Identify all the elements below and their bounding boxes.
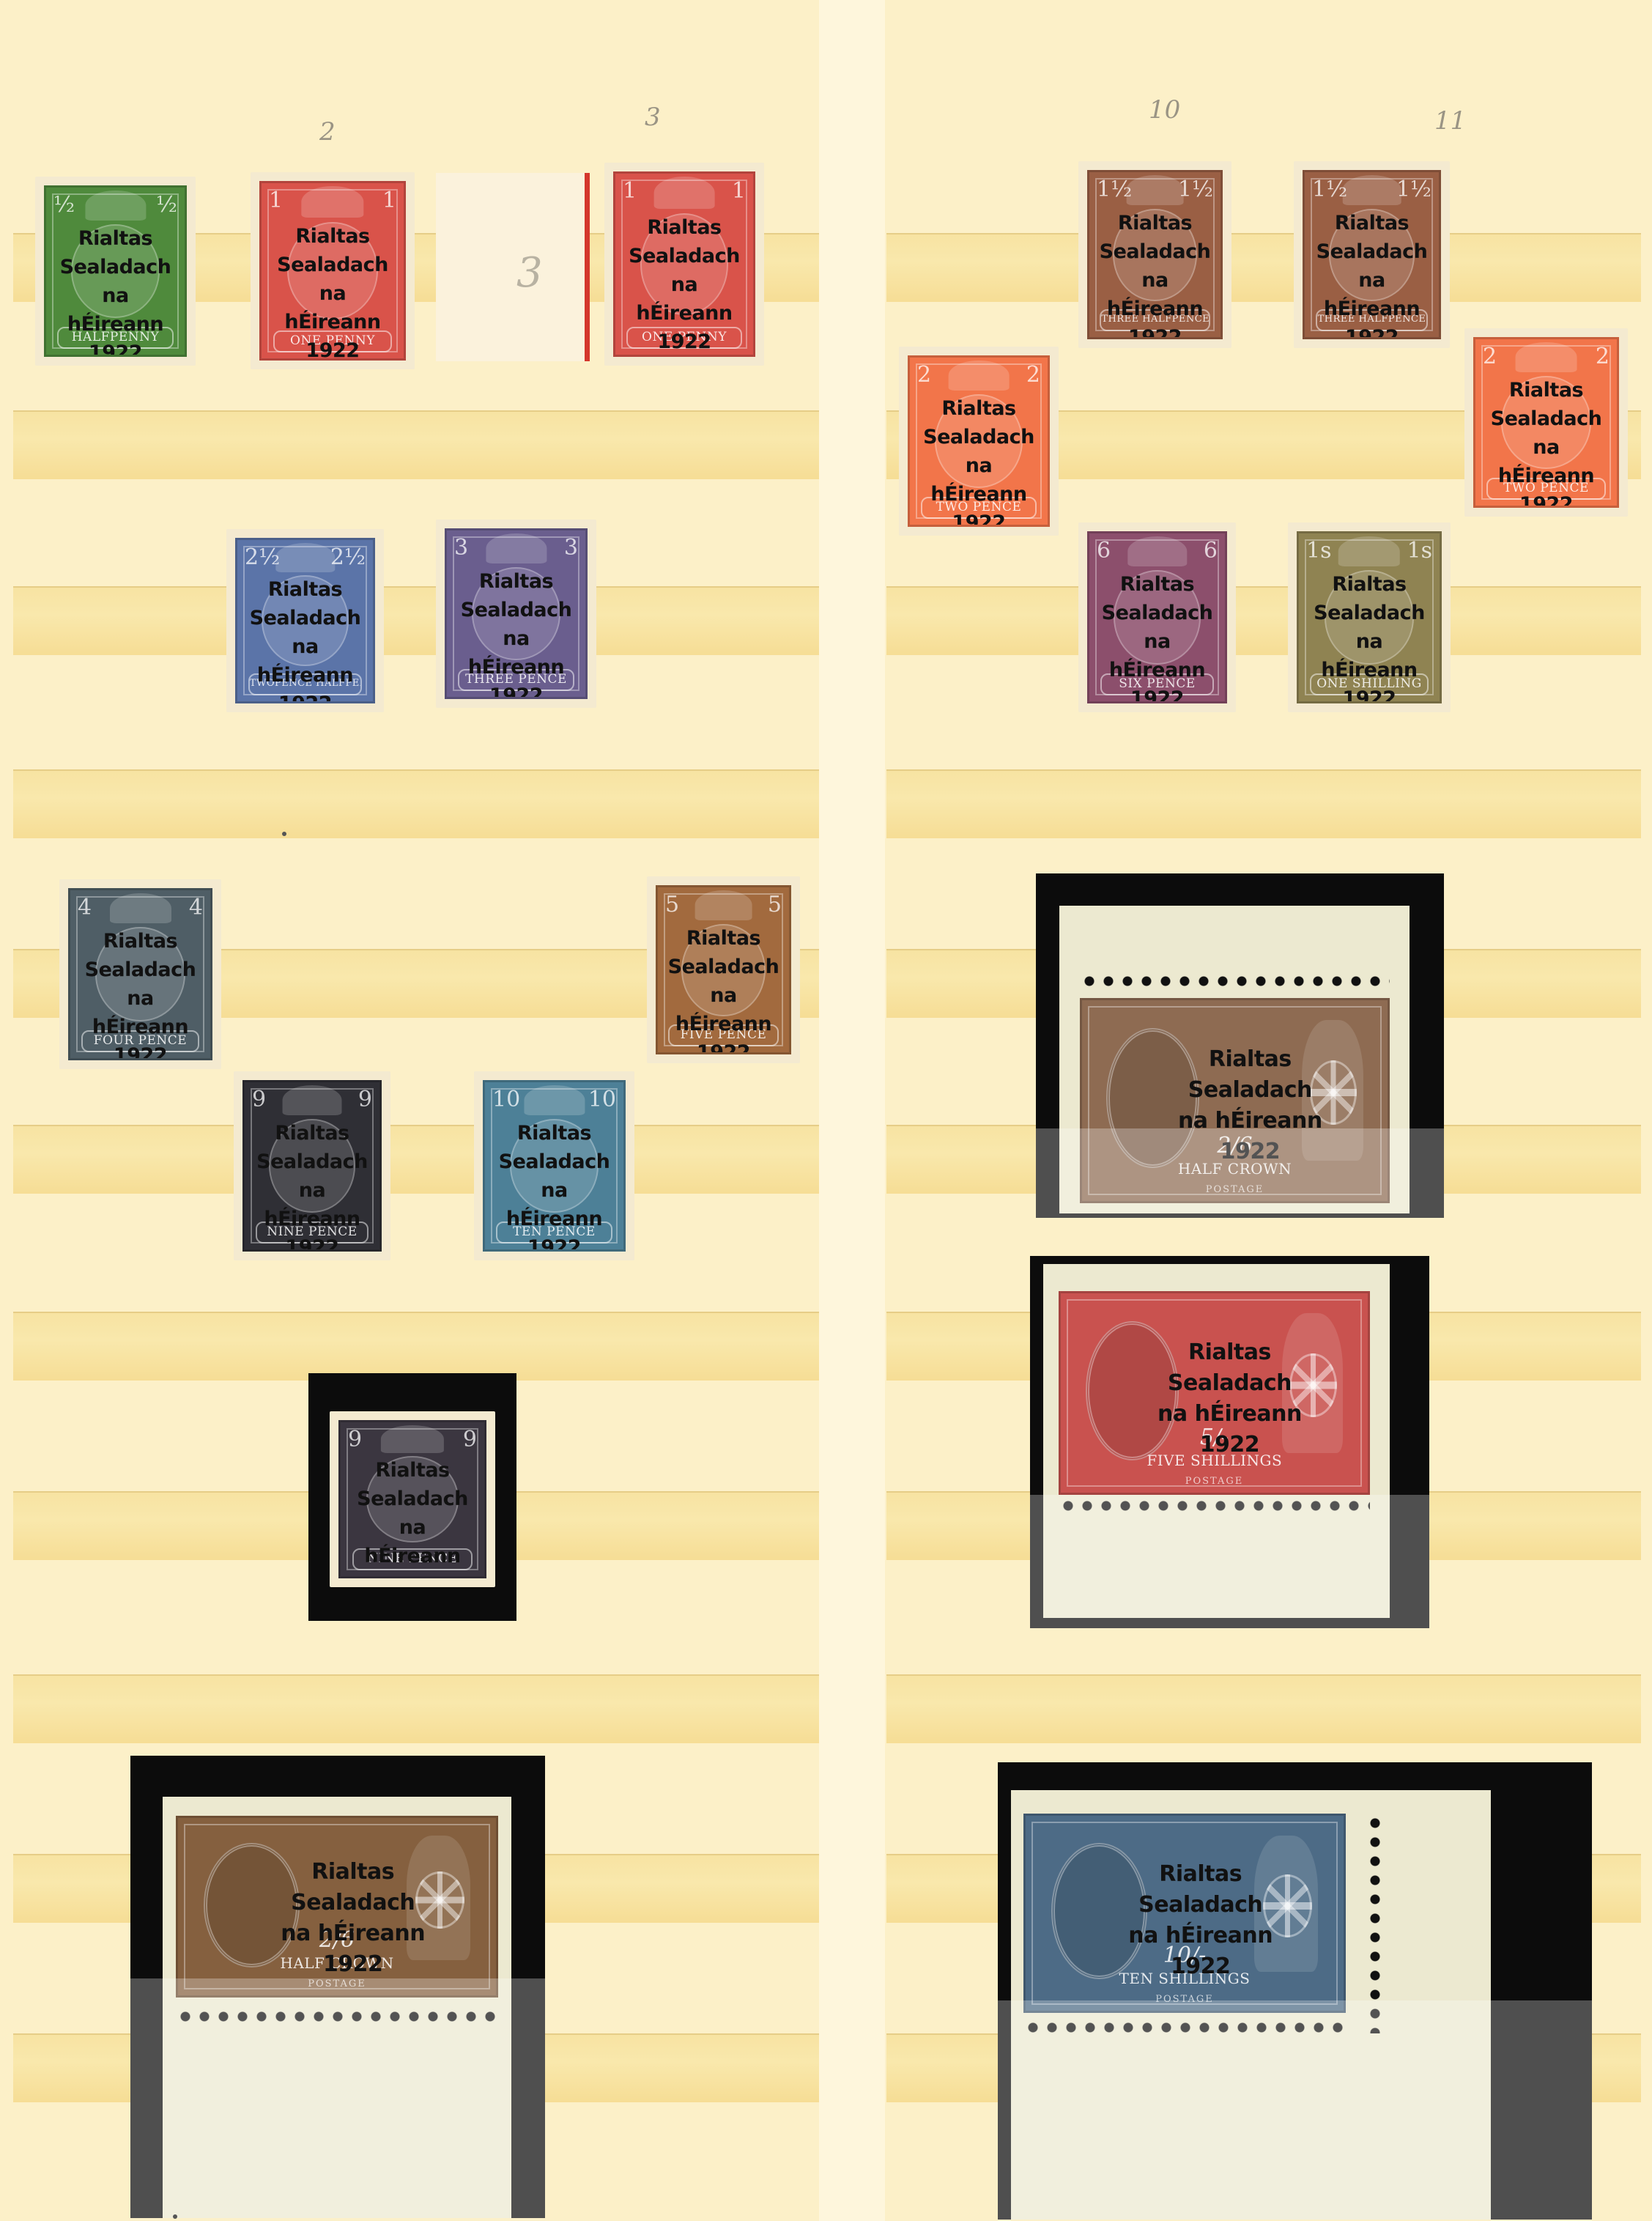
overprint-line: Sealadach <box>262 251 404 279</box>
value-right: 10 <box>588 1087 616 1112</box>
value-left: 2½ <box>245 544 280 570</box>
value-right: 5 <box>768 892 782 917</box>
overprint-line: Rialtas <box>237 575 373 604</box>
value-right: 1s <box>1407 538 1432 563</box>
overprint-line: Rialtas <box>262 222 404 251</box>
strip-glassine <box>130 1978 545 2218</box>
page-speck <box>282 832 286 836</box>
overprint-line: na <box>485 1176 623 1205</box>
overprint-line: na <box>262 279 404 308</box>
overprint-line: na <box>70 984 210 1013</box>
overprint-line: Rialtas <box>615 213 753 242</box>
overprint-line: 1922 <box>210 1949 496 1980</box>
handwritten-number: 2 <box>319 117 336 147</box>
value-right: 1 <box>382 188 396 213</box>
overprint-line: hÉireann <box>1475 462 1617 490</box>
overprint-line: hÉireann <box>237 661 373 690</box>
crown-icon <box>654 177 715 209</box>
stamp-design: 10/-TEN SHILLINGSPOSTAGERialtasSealadach… <box>1023 1814 1346 2013</box>
crown-icon <box>1342 175 1401 205</box>
overprint-line: Sealadach <box>485 1148 623 1176</box>
crown-icon <box>301 186 363 218</box>
handwritten-number: 3 <box>645 103 661 132</box>
overprint-line: Rialtas <box>447 567 585 596</box>
overprint-line: Sealadach <box>341 1485 484 1513</box>
overprint-line: hÉireann <box>615 299 753 328</box>
overprint-line: 1922 <box>615 328 753 356</box>
overprint-line: 1922 <box>1092 1430 1368 1460</box>
overprint-line: 1922 <box>1299 684 1440 703</box>
value-left: 5 <box>665 892 679 917</box>
pencil-note: 3 <box>516 249 543 297</box>
overprint-line: Rialtas <box>910 394 1048 423</box>
crown-icon <box>949 361 1010 391</box>
stock-strip <box>13 1674 819 1743</box>
stamp-design: 5/-FIVE SHILLINGSPOSTAGERialtasSealadach… <box>1059 1291 1370 1495</box>
overprint-line: Sealadach <box>1113 1075 1388 1106</box>
overprint: RialtasSealadachnahÉireann1922 <box>615 213 753 356</box>
stock-strip <box>886 1674 1641 1743</box>
sheet-margin-piece <box>436 173 586 361</box>
overprint-line: hÉireann <box>447 653 585 681</box>
overprint-line: na hÉireann <box>1057 1921 1344 1951</box>
stamp-four-pence[interactable]: 44FOUR PENCERialtasSealadachnahÉireann19… <box>64 884 217 1065</box>
stamp-halfpenny[interactable]: ½½HALFPENNYRialtasSealadachnahÉireann192… <box>40 181 191 361</box>
overprint-line: hÉireann <box>910 480 1048 509</box>
overprint-line: Rialtas <box>658 924 789 953</box>
overprint-line: hÉireann <box>262 308 404 336</box>
overprint: RialtasSealadachnahÉireann1922 <box>245 1119 379 1252</box>
value-right: 1 <box>732 178 746 204</box>
stamp-ten-pence[interactable]: 1010TEN PENCERialtasSealadachnahÉireann1… <box>478 1076 630 1256</box>
overprint-line: 1922 <box>1089 323 1221 340</box>
overprint-line: Sealadach <box>1089 237 1221 266</box>
overprint: RialtasSealadachnahÉireann1922 <box>1475 376 1617 508</box>
overprint-line: na <box>245 1176 379 1205</box>
value-right: 9 <box>358 1087 372 1112</box>
value-right: 3 <box>564 535 578 561</box>
value-left: 9 <box>348 1427 362 1452</box>
overprint-line: Sealadach <box>70 956 210 984</box>
overprint: RialtasSealadachnahÉireann1922 <box>658 924 789 1055</box>
overprint-line: 1922 <box>447 681 585 699</box>
overprint-line: Sealadach <box>1475 404 1617 433</box>
overprint-line: 1922 <box>262 336 404 361</box>
postage-label: POSTAGE <box>1061 1476 1368 1487</box>
overprint-line: na <box>1089 266 1221 295</box>
overprint-line: na <box>615 270 753 299</box>
overprint-line: hÉireann <box>1305 295 1439 323</box>
overprint-line: na hÉireann <box>1092 1399 1368 1430</box>
stock-strip <box>886 586 1641 655</box>
value-left: 2 <box>917 362 931 388</box>
overprint: RialtasSealadachna hÉireann1922 <box>1092 1337 1368 1460</box>
overprint-line: Rialtas <box>210 1857 496 1888</box>
crown-icon <box>694 890 752 920</box>
overprint-line: na <box>1089 627 1225 656</box>
overprint-line: Sealadach <box>237 604 373 632</box>
overprint-line: hÉireann <box>245 1205 379 1233</box>
margin-rule <box>585 173 590 361</box>
overprint-line: na <box>237 632 373 661</box>
overprint-line: na <box>1305 266 1439 295</box>
stamp-design: 55FIVE PENCERialtasSealadachnahÉireann19… <box>656 885 791 1054</box>
overprint-line: 1922 <box>245 1233 379 1252</box>
overprint-line: 1922 <box>1475 490 1617 508</box>
overprint: RialtasSealadachnahÉireann1922 <box>485 1119 623 1252</box>
overprint-line: 1922 <box>341 1570 484 1578</box>
overprint-line: 1922 <box>1089 684 1225 703</box>
overprint-line: Sealadach <box>615 242 753 270</box>
stamp-two-pence-b[interactable]: 22TWO PENCERialtasSealadachnahÉireann192… <box>1469 333 1623 512</box>
handwritten-number: 11 <box>1434 106 1466 136</box>
value-right: 6 <box>1204 538 1218 563</box>
overprint: RialtasSealadachna hÉireann1922 <box>1057 1859 1344 1982</box>
stamp-two-pence-a[interactable]: 22TWO PENCERialtasSealadachnahÉireann192… <box>903 351 1054 531</box>
stamp-design: 11ONE PENNYRialtasSealadachnahÉireann192… <box>613 171 755 357</box>
handwritten-number: 10 <box>1149 95 1180 125</box>
overprint-line: 1922 <box>910 509 1048 527</box>
overprint-line: na <box>46 281 185 310</box>
stamp-design: 11ONE PENNYRialtasSealadachnahÉireann192… <box>259 181 406 361</box>
stamp-six-pence[interactable]: 66SIX PENCERialtasSealadachnahÉireann192… <box>1083 527 1231 708</box>
crown-icon <box>1515 342 1577 372</box>
value-right: 9 <box>463 1427 477 1452</box>
value-left: 1½ <box>1097 177 1132 202</box>
stamp-design: 1½1½THREE HALFPENCERialtasSealadachnahÉi… <box>1087 170 1223 339</box>
crown-icon <box>381 1425 444 1453</box>
overprint: RialtasSealadachnahÉireann1922 <box>70 927 210 1060</box>
strip-glassine <box>998 2000 1592 2220</box>
value-left: 1½ <box>1312 177 1347 202</box>
page-speck <box>173 2214 177 2219</box>
overprint: RialtasSealadachnahÉireann1922 <box>341 1456 484 1578</box>
perforation-holes <box>1080 976 1390 986</box>
overprint-line: 1922 <box>237 690 373 703</box>
overprint-line: Rialtas <box>1475 376 1617 404</box>
overprint-line: Rialtas <box>1089 209 1221 237</box>
overprint-line: na <box>658 981 789 1010</box>
stamp-nine-pence-a[interactable]: 99NINE PENCERialtasSealadachnahÉireann19… <box>238 1076 386 1256</box>
stamp-design: ½½HALFPENNYRialtasSealadachnahÉireann192… <box>44 185 187 357</box>
stamp-five-pence[interactable]: 55FIVE PENCERialtasSealadachnahÉireann19… <box>651 881 796 1059</box>
stamp-three-halfpence-a[interactable]: 1½1½THREE HALFPENCERialtasSealadachnahÉi… <box>1083 166 1227 344</box>
crown-icon <box>1126 175 1184 205</box>
overprint-line: 1922 <box>1057 1951 1344 1982</box>
stamp-design: 33THREE PENCERialtasSealadachnahÉireann1… <box>445 528 588 699</box>
strip-glassine <box>1030 1495 1429 1628</box>
stamp-one-shilling[interactable]: 1s1sONE SHILLINGRialtasSealadachnahÉirea… <box>1292 527 1446 708</box>
overprint-line: Rialtas <box>46 224 185 253</box>
stock-strip <box>886 233 1641 302</box>
overprint-line: Sealadach <box>46 253 185 281</box>
overprint-line: Sealadach <box>447 596 585 624</box>
overprint-line: Rialtas <box>485 1119 623 1148</box>
stock-strip <box>13 769 819 838</box>
overprint-line: na <box>1475 433 1617 462</box>
crown-icon <box>275 543 335 572</box>
crown-icon <box>1338 536 1400 566</box>
stamp-design: 22TWO PENCERialtasSealadachnahÉireann192… <box>908 355 1050 527</box>
overprint: RialtasSealadachnahÉireann1922 <box>1089 570 1225 703</box>
stamp-one-penny-b[interactable]: 11ONE PENNYRialtasSealadachnahÉireann192… <box>609 167 760 361</box>
stamp-twopence-halfpenny[interactable]: 2½2½TWOPENCE HALFPENNYRialtasSealadachna… <box>231 533 379 708</box>
value-left: 1 <box>269 188 283 213</box>
value-left: 9 <box>252 1087 266 1112</box>
overprint-line: Rialtas <box>341 1456 484 1485</box>
value-left: 6 <box>1097 538 1111 563</box>
overprint-line: Rialtas <box>1305 209 1439 237</box>
value-right: 4 <box>189 895 203 920</box>
stamp-design: 1½1½THREE HALFPENCERialtasSealadachnahÉi… <box>1303 170 1441 339</box>
value-left: 1 <box>623 178 637 204</box>
value-right: 2 <box>1596 344 1610 369</box>
overprint-line: hÉireann <box>1089 295 1221 323</box>
overprint-line: hÉireann <box>485 1205 623 1233</box>
overprint-line: Rialtas <box>70 927 210 956</box>
overprint-line: hÉireann <box>46 310 185 339</box>
stamp-three-halfpence-b[interactable]: 1½1½THREE HALFPENCERialtasSealadachnahÉi… <box>1298 166 1445 344</box>
overprint-line: hÉireann <box>341 1542 484 1570</box>
overprint-line: 1922 <box>46 339 185 357</box>
overprint: RialtasSealadachnahÉireann1922 <box>447 567 585 699</box>
overprint-line: Sealadach <box>245 1148 379 1176</box>
overprint: RialtasSealadachna hÉireann1922 <box>210 1857 496 1980</box>
overprint-line: 1922 <box>485 1233 623 1252</box>
overprint-line: 1922 <box>70 1041 210 1060</box>
overprint-line: na <box>341 1513 484 1542</box>
value-left: 4 <box>78 895 92 920</box>
overprint-line: na <box>910 451 1048 480</box>
value-right: 2½ <box>330 544 366 570</box>
stamp-design: 22TWO PENCERialtasSealadachnahÉireann192… <box>1473 337 1619 508</box>
crown-icon <box>524 1085 585 1115</box>
overprint-line: Sealadach <box>1092 1368 1368 1399</box>
value-left: 3 <box>454 535 468 561</box>
overprint-line: Sealadach <box>1299 599 1440 627</box>
stamp-design: 2½2½TWOPENCE HALFPENNYRialtasSealadachna… <box>235 538 375 703</box>
stamp-three-pence[interactable]: 33THREE PENCERialtasSealadachnahÉireann1… <box>440 524 592 703</box>
value-right: ½ <box>156 192 177 218</box>
overprint-line: Sealadach <box>910 423 1048 451</box>
overprint-line: Rialtas <box>1299 570 1440 599</box>
value-left: 1s <box>1306 538 1331 563</box>
stock-strip <box>13 410 819 479</box>
overprint-line: Rialtas <box>245 1119 379 1148</box>
overprint-line: Sealadach <box>1089 599 1225 627</box>
stock-strip <box>886 769 1641 838</box>
overprint-line: hÉireann <box>70 1013 210 1041</box>
crown-icon <box>486 533 547 563</box>
overprint-line: Rialtas <box>1089 570 1225 599</box>
crown-icon <box>283 1085 342 1115</box>
stamp-design: 1s1sONE SHILLINGRialtasSealadachnahÉirea… <box>1297 531 1442 703</box>
overprint-line: na <box>447 624 585 653</box>
stamp-design: 99NINE PENCERialtasSealadachnahÉireann19… <box>338 1420 486 1578</box>
overprint: RialtasSealadachnahÉireann1922 <box>237 575 373 703</box>
overprint-line: hÉireann <box>1299 656 1440 684</box>
album-page: 2 3 10 11 3 ½½HALFPENNYRialtasSealadachn… <box>0 0 1652 2221</box>
stamp-design: 99NINE PENCERialtasSealadachnahÉireann19… <box>242 1080 382 1252</box>
stamp-design: 1010TEN PENCERialtasSealadachnahÉireann1… <box>483 1080 626 1252</box>
value-right: 1½ <box>1396 177 1431 202</box>
overprint-line: Sealadach <box>658 953 789 981</box>
stamp-design: 66SIX PENCERialtasSealadachnahÉireann192… <box>1087 531 1227 703</box>
crown-icon <box>85 191 146 221</box>
overprint-line: Rialtas <box>1057 1859 1344 1890</box>
value-left: 2 <box>1483 344 1497 369</box>
overprint: RialtasSealadachnahÉireann1922 <box>1089 209 1221 340</box>
overprint: RialtasSealadachnahÉireann1922 <box>1305 209 1439 340</box>
overprint: RialtasSealadachnahÉireann1922 <box>46 224 185 357</box>
overprint-line: Rialtas <box>1092 1337 1368 1368</box>
value-left: 10 <box>492 1087 520 1112</box>
overprint-line: Sealadach <box>210 1888 496 1918</box>
overprint-line: hÉireann <box>658 1010 789 1038</box>
stamp-nine-pence-b[interactable]: 99NINE PENCERialtasSealadachnahÉireann19… <box>334 1416 491 1583</box>
stamp-design: 44FOUR PENCERialtasSealadachnahÉireann19… <box>68 888 212 1060</box>
stamp-design: 2/6HALF CROWNPOSTAGERialtasSealadachna h… <box>176 1816 498 1998</box>
overprint-line: hÉireann <box>1089 656 1225 684</box>
stock-strip <box>13 586 819 655</box>
overprint-line: 1922 <box>1305 323 1439 340</box>
stock-strip <box>13 1125 819 1194</box>
overprint-line: Rialtas <box>1113 1044 1388 1075</box>
page-gutter <box>819 0 885 2221</box>
overprint-line: Sealadach <box>1305 237 1439 266</box>
overprint: RialtasSealadachnahÉireann1922 <box>262 222 404 361</box>
overprint: RialtasSealadachnahÉireann1922 <box>910 394 1048 527</box>
value-right: 1½ <box>1178 177 1213 202</box>
overprint: RialtasSealadachnahÉireann1922 <box>1299 570 1440 703</box>
overprint-line: na <box>1299 627 1440 656</box>
overprint-line: Sealadach <box>1057 1890 1344 1921</box>
stamp-one-penny-a[interactable]: 11ONE PENNYRialtasSealadachnahÉireann192… <box>255 177 410 365</box>
crown-icon <box>1127 536 1187 566</box>
overprint-line: na hÉireann <box>210 1918 496 1949</box>
overprint-line: 1922 <box>658 1038 789 1055</box>
crown-icon <box>109 893 171 923</box>
strip-glassine <box>1036 1128 1444 1218</box>
value-right: 2 <box>1026 362 1040 388</box>
value-left: ½ <box>53 192 75 218</box>
stock-strip <box>13 1312 819 1381</box>
